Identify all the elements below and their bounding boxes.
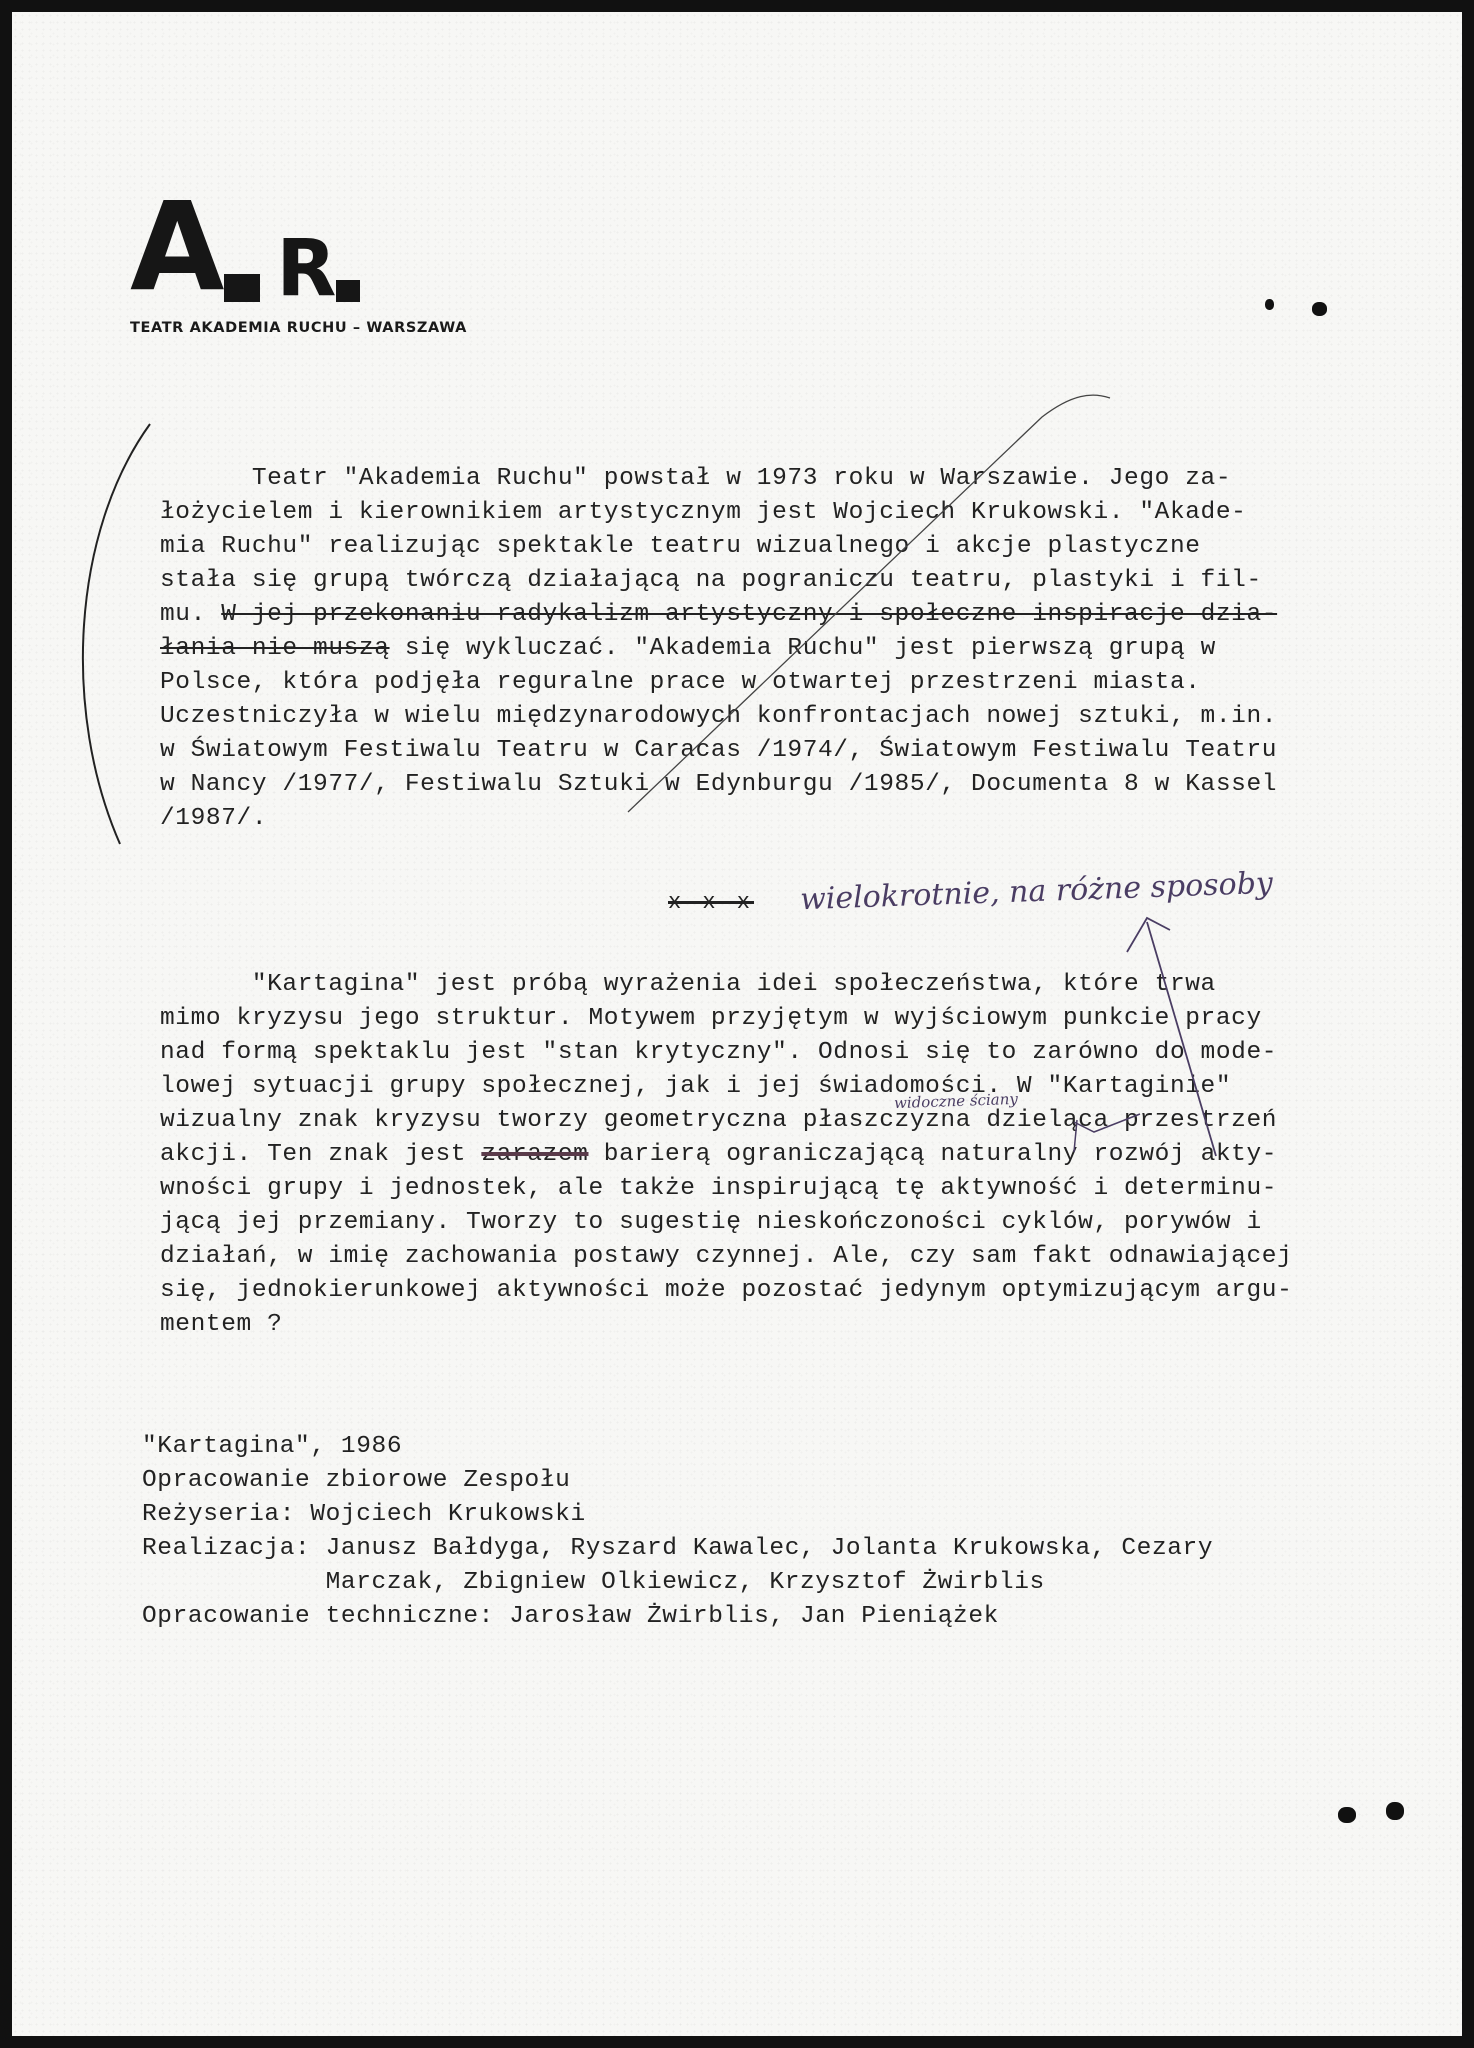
text-line: jącą jej przemiany. Tworzy to sugestię n… [160,1206,1292,1240]
text-line: "Kartagina" jest próbą wyrażenia idei sp… [160,968,1292,1002]
document-page: A R TEATR AKADEMIA RUCHU – WARSZAWA Teat… [12,12,1462,2036]
credits-line: Opracowanie zbiorowe Zespołu [142,1464,1213,1498]
text-line: się, jednokierunkowej aktywności może po… [160,1274,1292,1308]
ink-speck [1312,302,1327,316]
text-line: mu. W jej przekonaniu radykalizm artysty… [160,598,1277,632]
text-line: działań, w imię zachowania postawy czynn… [160,1240,1292,1274]
logo: A R [130,190,467,308]
text-line: Teatr "Akademia Ruchu" powstał w 1973 ro… [160,462,1277,496]
credits-line: Opracowanie techniczne: Jarosław Żwirbli… [142,1600,1213,1634]
text-line: /1987/. [160,802,1277,836]
margin-bracket [83,424,150,844]
credits-line: Realizacja: Janusz Bałdyga, Ryszard Kawa… [142,1532,1213,1566]
letterhead: A R TEATR AKADEMIA RUCHU – WARSZAWA [130,190,467,336]
text-line: stała się grupą twórczą działającą na po… [160,564,1277,598]
paragraph-kartagina: "Kartagina" jest próbą wyrażenia idei sp… [160,968,1292,1342]
section-separator: x x x [668,890,754,915]
ink-speck [1386,1802,1404,1820]
text-line: w Nancy /1977/, Festiwalu Sztuki w Edynb… [160,768,1277,802]
handwritten-note: wielokrotnie, na różne sposoby [800,866,1274,917]
credits-line: "Kartagina", 1986 [142,1430,1213,1464]
arrow-head [1127,918,1170,952]
text-line: Polsce, która podjęła reguralne prace w … [160,666,1277,700]
text-line: łożycielem i kierownikiem artystycznym j… [160,496,1277,530]
text-line: mentem ? [160,1308,1292,1342]
letterhead-subtitle: TEATR AKADEMIA RUCHU – WARSZAWA [130,320,467,336]
credits-line: Marczak, Zbigniew Olkiewicz, Krzysztof Ż… [142,1566,1213,1600]
logo-dot [336,280,360,302]
text-line: Uczestniczyła w wielu międzynarodowych k… [160,700,1277,734]
logo-dot [224,274,260,302]
text-line: w Światowym Festiwalu Teatru w Caracas /… [160,734,1277,768]
text-line: mia Ruchu" realizując spektakle teatru w… [160,530,1277,564]
struck-text: zarazem [481,1141,588,1168]
text-line: łania nie muszą się wykluczać. "Akademia… [160,632,1277,666]
ink-speck [1338,1807,1356,1823]
credits-line: Reżyseria: Wojciech Krukowski [142,1498,1213,1532]
logo-letter-r: R [276,230,332,308]
text-line: akcji. Ten znak jest zarazem barierą ogr… [160,1138,1292,1172]
text-line: wizualny znak kryzysu tworzy geometryczn… [160,1104,1292,1138]
struck-text: W jej przekonaniu radykalizm artystyczny… [221,601,1277,628]
ink-speck [1265,299,1274,310]
text-line: mimo kryzysu jego struktur. Motywem przy… [160,1002,1292,1036]
text-line: wności grupy i jednostek, ale także insp… [160,1172,1292,1206]
text-line: nad formą spektaklu jest "stan krytyczny… [160,1036,1292,1070]
text-line: lowej sytuacji grupy społecznej, jak i j… [160,1070,1292,1104]
credits-block: "Kartagina", 1986Opracowanie zbiorowe Ze… [142,1430,1213,1634]
logo-letter-a: A [130,186,220,308]
paragraph-history: Teatr "Akademia Ruchu" powstał w 1973 ro… [160,462,1277,836]
struck-text: łania nie muszą [160,635,390,662]
